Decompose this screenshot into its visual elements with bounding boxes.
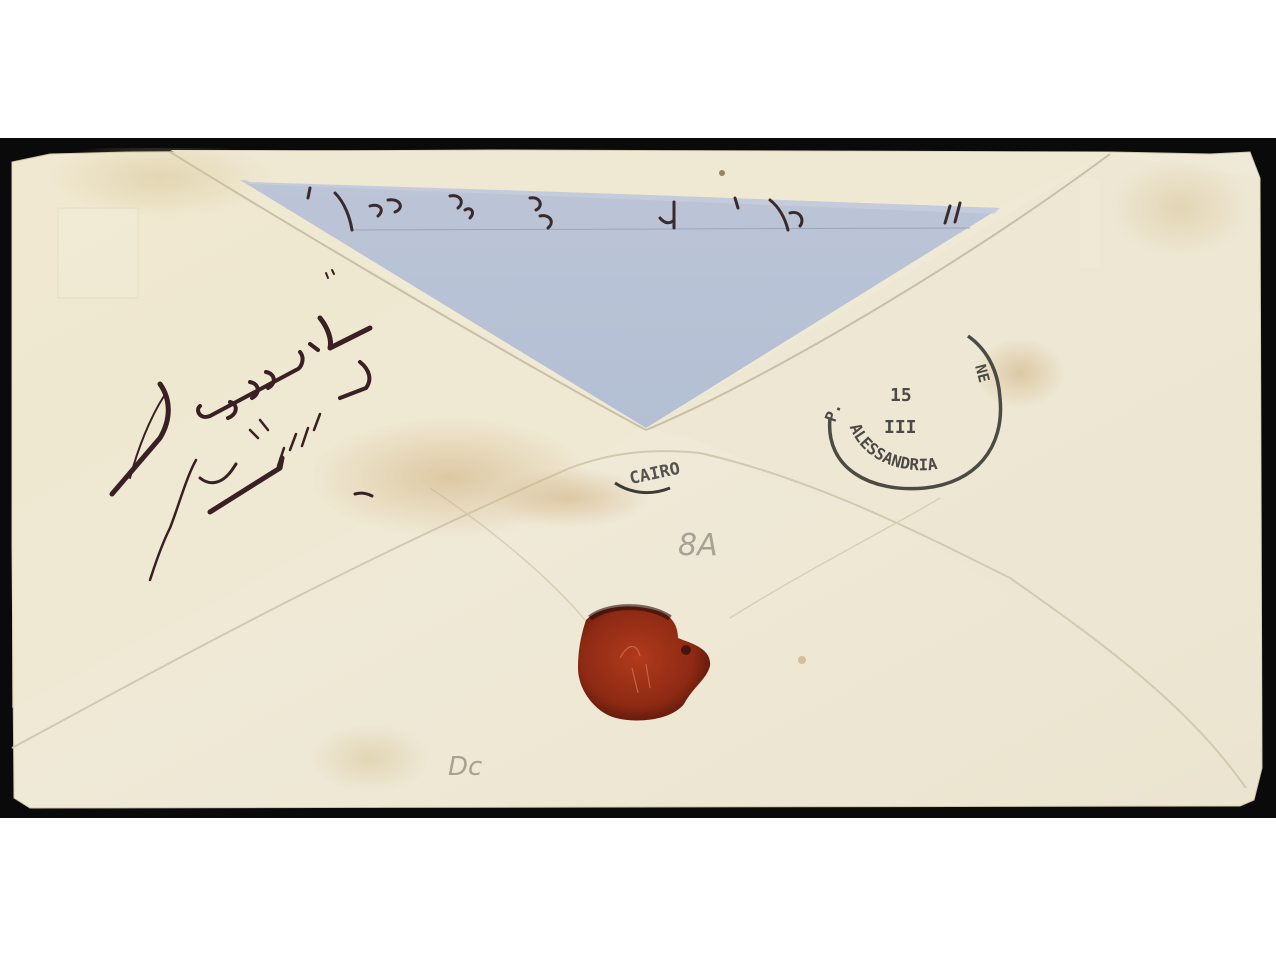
envelope-illustration: CAIRO ALESSANDRIA NE P. 15 III [10,148,1266,810]
svg-text:15: 15 [890,385,912,406]
pencil-note-bottom: Dc [448,752,482,782]
envelope-back: CAIRO ALESSANDRIA NE P. 15 III 8A Dc [10,148,1266,810]
pencil-note-center: 8A [678,528,718,563]
svg-text:III: III [884,417,917,438]
